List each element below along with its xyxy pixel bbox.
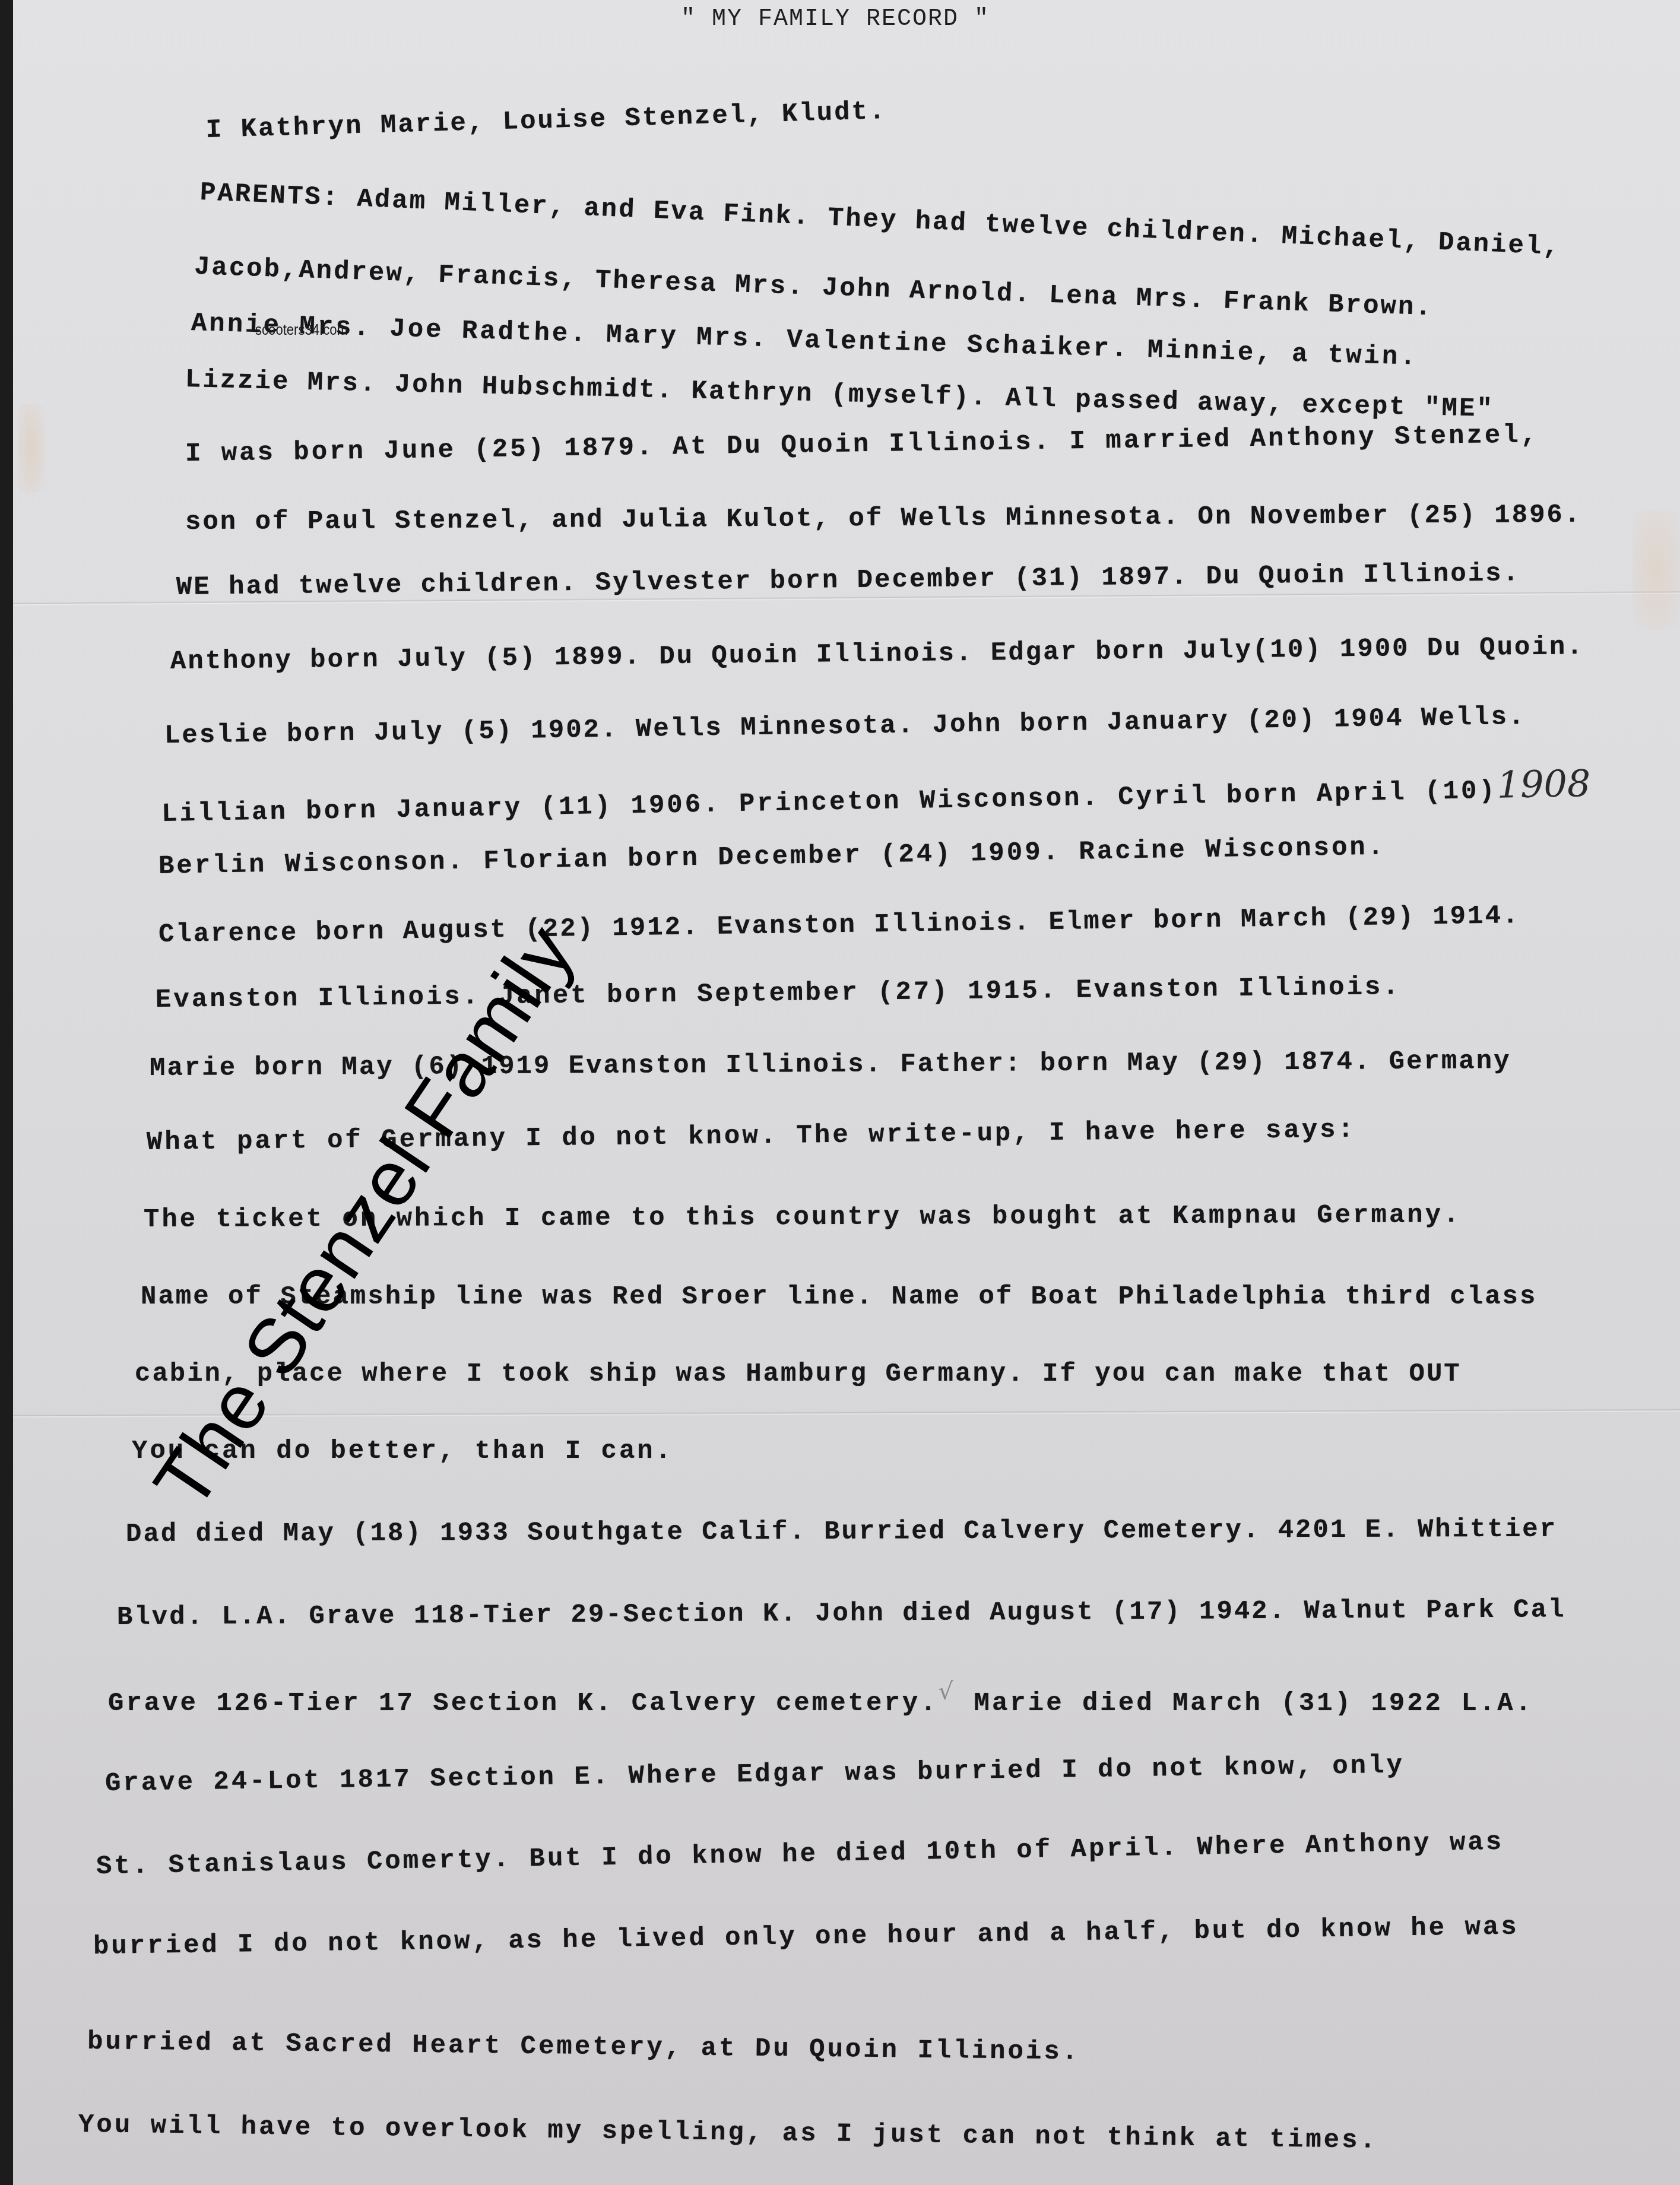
typed-line-text: Blvd. L.A. Grave 118-Tier 29-Section K. … xyxy=(117,1595,1566,1632)
typed-line: I Kathryn Marie, Louise Stenzel, Kludt. xyxy=(205,97,887,145)
typed-line-continuation: Marie died March (31) 1922 L.A. xyxy=(974,1689,1534,1718)
typed-line: son of Paul Stenzel, and Julia Kulot, of… xyxy=(185,500,1582,537)
typed-line-text: son of Paul Stenzel, and Julia Kulot, of… xyxy=(185,500,1582,537)
paper-stain xyxy=(1633,510,1680,629)
typed-line: Leslie born July (5) 1902. Wells Minneso… xyxy=(164,702,1526,751)
typed-line-text: What part of Germany I do not know. The … xyxy=(147,1115,1356,1157)
typed-line-text: St. Stanislaus Comerty. But I do know he… xyxy=(96,1828,1504,1882)
typed-line: You will have to overlook my spelling, a… xyxy=(78,2110,1378,2156)
typed-line: Clarence born August (22) 1912. Evanston… xyxy=(159,901,1520,950)
typed-line: Annie Mrs. Joe Radthe. Mary Mrs. Valenti… xyxy=(191,309,1418,373)
typed-line-text: Leslie born July (5) 1902. Wells Minneso… xyxy=(164,702,1526,751)
check-mark-icon: √ xyxy=(939,1678,956,1705)
typed-line-text: Grave 126-Tier 17 Section K. Calvery cem… xyxy=(108,1689,939,1718)
typed-line: Lillian born January (11) 1906. Princeto… xyxy=(161,762,1591,830)
typed-line: Berlin Wisconson. Florian born December … xyxy=(159,833,1386,881)
typed-line-text: burried at Sacred Heart Cemetery, at Du … xyxy=(87,2027,1080,2067)
typed-line: Evanston Illinois. Janet born September … xyxy=(156,972,1401,1015)
typed-line: Lizzie Mrs. John Hubschmidt. Kathryn (my… xyxy=(185,365,1494,424)
typed-line-text: Clarence born August (22) 1912. Evanston… xyxy=(159,901,1520,950)
typed-line: Anthony born July (5) 1899. Du Quoin Ill… xyxy=(170,632,1584,677)
typed-line: Marie born May (6) 1919 Evanston Illinoi… xyxy=(150,1046,1511,1083)
document-title: " MY FAMILY RECORD " xyxy=(681,6,990,33)
typed-line-text: Berlin Wisconson. Florian born December … xyxy=(159,833,1386,881)
typed-line-text: Lizzie Mrs. John Hubschmidt. Kathryn (my… xyxy=(185,365,1494,424)
typed-line: burried at Sacred Heart Cemetery, at Du … xyxy=(87,2027,1080,2067)
typed-line-text: Grave 24-Lot 1817 Section E. Where Edgar… xyxy=(105,1750,1405,1799)
typed-line-text: burried I do not know, as he lived only … xyxy=(93,1912,1519,1962)
typed-line-text: Evanston Illinois. Janet born September … xyxy=(156,972,1401,1015)
typed-line: St. Stanislaus Comerty. But I do know he… xyxy=(96,1828,1504,1882)
typed-line-text: Anthony born July (5) 1899. Du Quoin Ill… xyxy=(170,632,1584,677)
typed-line-text: Lillian born January (11) 1906. Princeto… xyxy=(161,776,1497,829)
typed-line-text: I was born June (25) 1879. At Du Quoin I… xyxy=(185,420,1539,469)
typed-letter-page: " MY FAMILY RECORD " I Kathryn Marie, Lo… xyxy=(13,0,1680,2185)
typed-line: PARENTS: Adam Miller, and Eva Fink. They… xyxy=(199,178,1561,262)
handwritten-year: 1908 xyxy=(1497,762,1591,807)
typed-line: Blvd. L.A. Grave 118-Tier 29-Section K. … xyxy=(117,1595,1566,1632)
typed-line: Grave 126-Tier 17 Section K. Calvery cem… xyxy=(108,1689,1533,1718)
typed-line: Jacob,Andrew, Francis, Theresa Mrs. John… xyxy=(194,252,1433,323)
typed-line-text: Jacob,Andrew, Francis, Theresa Mrs. John… xyxy=(194,252,1433,323)
paper-stain xyxy=(18,404,45,493)
typed-line-text: I Kathryn Marie, Louise Stenzel, Kludt. xyxy=(205,97,887,145)
typed-line-text: Marie born May (6) 1919 Evanston Illinoi… xyxy=(150,1046,1511,1083)
typed-line-text: cabin, place where I took ship was Hambu… xyxy=(135,1359,1462,1389)
typed-line: Dad died May (18) 1933 Southgate Calif. … xyxy=(126,1515,1557,1549)
typed-line-text: You will have to overlook my spelling, a… xyxy=(78,2110,1378,2156)
typed-line: What part of Germany I do not know. The … xyxy=(147,1115,1356,1157)
site-stamp: scooters34.com xyxy=(255,321,348,339)
typed-line: Grave 24-Lot 1817 Section E. Where Edgar… xyxy=(105,1750,1405,1799)
typed-line: cabin, place where I took ship was Hambu… xyxy=(135,1359,1462,1389)
typed-line: I was born June (25) 1879. At Du Quoin I… xyxy=(185,420,1539,469)
typed-line-text: PARENTS: Adam Miller, and Eva Fink. They… xyxy=(199,178,1561,262)
typed-line: burried I do not know, as he lived only … xyxy=(93,1912,1519,1962)
typed-line-text: Annie Mrs. Joe Radthe. Mary Mrs. Valenti… xyxy=(191,309,1418,373)
typed-line-text: Dad died May (18) 1933 Southgate Calif. … xyxy=(126,1515,1557,1549)
